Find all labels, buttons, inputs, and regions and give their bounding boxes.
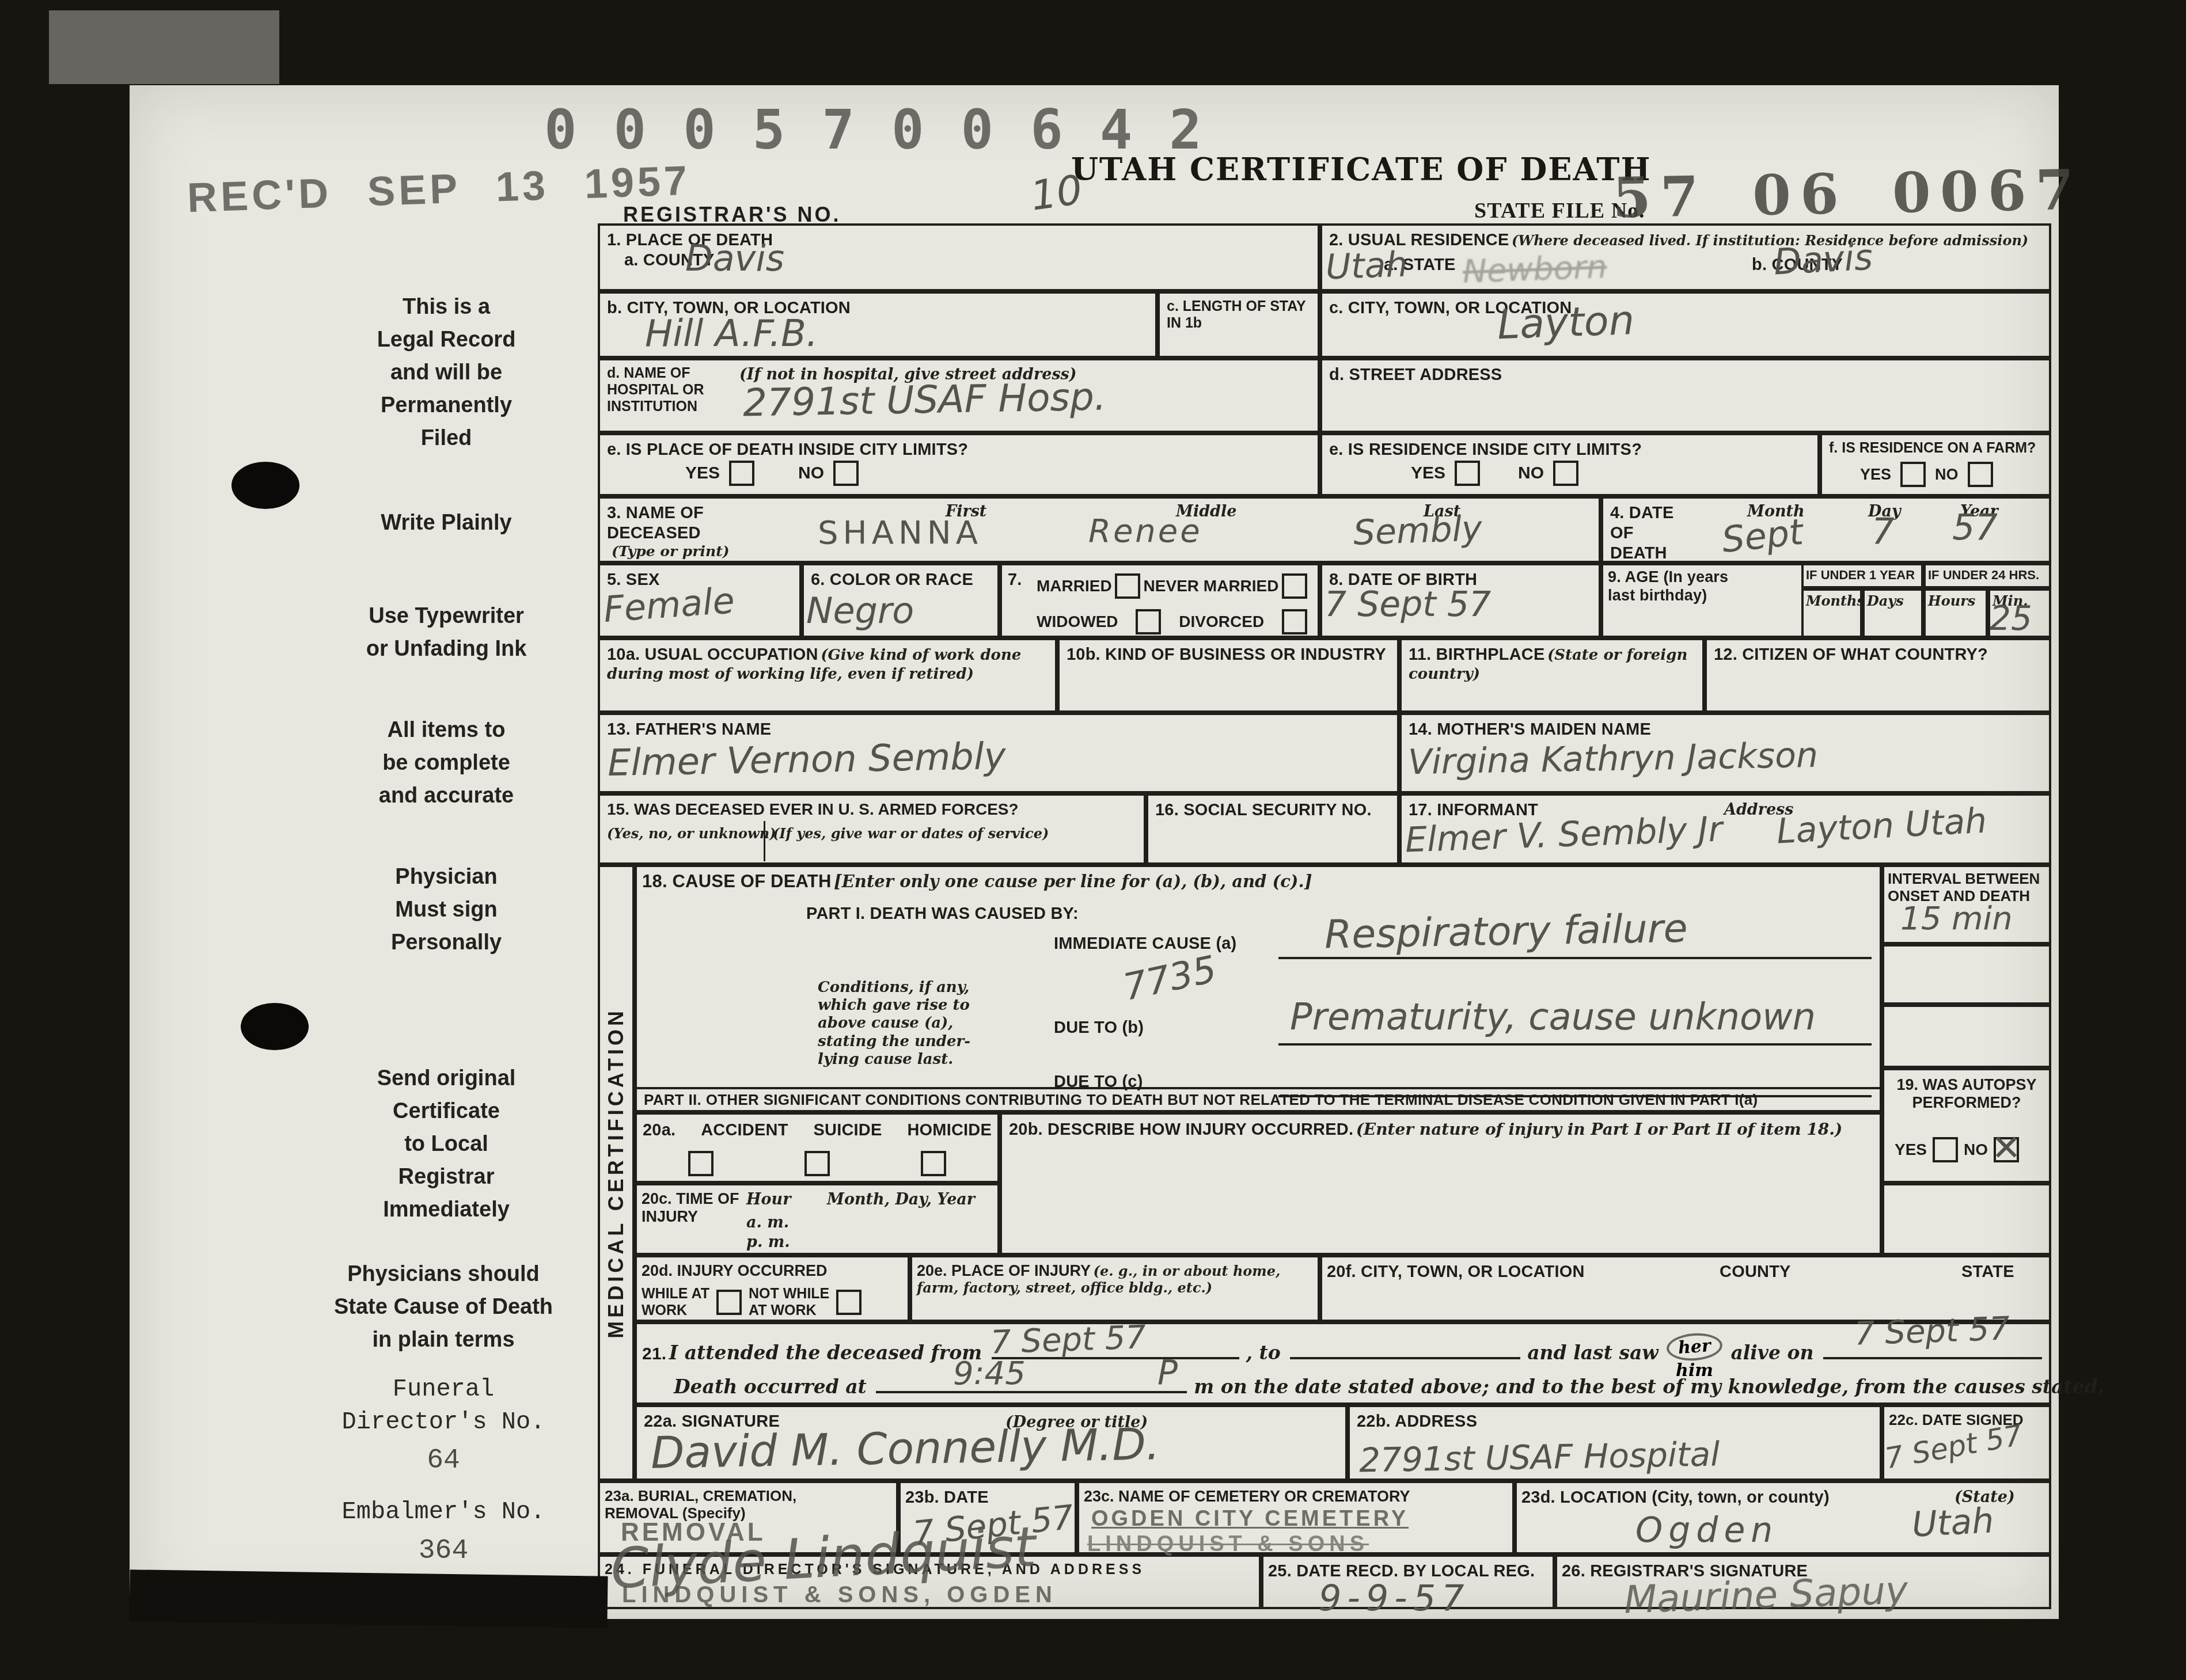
alive-on-text: alive on	[1730, 1341, 1813, 1364]
residence-city-limits-label: e. IS RESIDENCE INSIDE CITY LIMITS?	[1329, 440, 1811, 460]
describe-injury-note: (Enter nature of injury in Part I or Par…	[1356, 1120, 1843, 1139]
no-label: NO	[1964, 1141, 1988, 1159]
yes-label: YES	[685, 463, 720, 483]
registrar-no-value: 10	[1029, 169, 1085, 216]
medical-certification-strip: MEDICAL CERTIFICATION	[598, 865, 635, 1481]
homicide-label: HOMICIDE	[907, 1120, 992, 1141]
residence-city-limits-no-checkbox	[1553, 461, 1578, 486]
attended-to-slot	[1290, 1340, 1520, 1359]
death-month-value: Sept	[1720, 514, 1805, 558]
due-to-b-value: Prematurity, cause unknown	[1290, 999, 1816, 1036]
physician-signature-value: David M. Connelly M.D.	[650, 1422, 1160, 1474]
months-label: Months	[1806, 592, 1865, 609]
item20a-number: 20a.	[643, 1120, 675, 1141]
injury-county-label: COUNTY	[1720, 1262, 1791, 1282]
death-day-value: 7	[1872, 514, 1894, 549]
scanned-death-certificate: 0005700642 REC'D SEP 13 1957 REGISTRAR'S…	[0, 0, 2186, 1680]
accident-checkbox	[688, 1151, 714, 1176]
alive-on-value: 7 Sept 57	[1854, 1313, 2010, 1350]
describe-injury-label: 20b. DESCRIBE HOW INJURY OCCURRED.	[1009, 1120, 1353, 1139]
field-residence-city: c. CITY, TOWN, OR LOCATION	[1320, 291, 2051, 358]
deceased-name-note: (Type or print)	[612, 542, 730, 560]
never-married-label: NEVER MARRIED	[1144, 577, 1279, 595]
not-while-at-work-label: NOT WHILE AT WORK	[749, 1286, 829, 1319]
homicide-checkbox	[921, 1151, 946, 1176]
hour-label: Hour	[746, 1190, 791, 1210]
race-value: Negro	[806, 593, 914, 629]
interval-empty-cell-1	[1882, 944, 2051, 1005]
under24-label: IF UNDER 24 HRS.	[1928, 568, 2039, 582]
residence-state-crossed-out: Newborn	[1462, 251, 1607, 288]
citizen-label: 12. CITIZEN OF WHAT COUNTRY?	[1714, 645, 2042, 665]
last-saw-text: and last saw	[1527, 1341, 1659, 1364]
conditions-note: Conditions, if any, which gave rise to a…	[818, 979, 970, 1069]
suicide-label: SUICIDE	[813, 1120, 882, 1141]
field-ssn: 16. SOCIAL SECURITY NO.	[1146, 793, 1399, 865]
birthplace-label: 11. BIRTHPLACE	[1409, 645, 1544, 664]
death-city-limits-options: YES NO	[685, 461, 859, 486]
cemetery-state-value: Utah	[1911, 1503, 1995, 1542]
place-city-value: Hill A.F.B.	[645, 316, 818, 352]
no-label: NO	[1935, 466, 1959, 484]
field-describe-injury: 20b. DESCRIBE HOW INJURY OCCURRED. (Ente…	[1000, 1112, 1882, 1255]
margin-write-plainly: Write Plainly	[285, 507, 608, 539]
autopsy-no-mark: ✕	[1991, 1130, 2021, 1166]
death-city-limits-yes-checkbox	[729, 461, 754, 486]
divorced-label: DIVORCED	[1179, 613, 1264, 631]
date-received-value: 9-9-57	[1319, 1580, 1470, 1616]
residence-county-value: Davis	[1773, 240, 1873, 280]
margin-plain-terms: Physicians should State Cause of Death i…	[248, 1258, 639, 1356]
field-injury-occurred: 20d. INJURY OCCURRED WHILE AT WORK NOT W…	[635, 1255, 910, 1322]
accident-label: ACCIDENT	[701, 1120, 788, 1141]
married-label: MARRIED	[1037, 577, 1112, 595]
residence-farm-options: YES NO	[1860, 462, 1993, 487]
occupation-label: 10a. USUAL OCCUPATION	[607, 645, 818, 664]
informant-name-value: Elmer V. Sembly Jr	[1405, 812, 1723, 857]
registrar-signature-value: Maurine Sapuy	[1623, 1571, 1908, 1619]
hours-label: Hours	[1928, 592, 1975, 609]
interval-empty-cell-3	[1882, 1183, 2051, 1255]
yes-label: YES	[1411, 463, 1445, 483]
yes-label: YES	[1860, 466, 1891, 484]
residence-city-limits-yes-checkbox	[1455, 461, 1480, 486]
margin-embalmer-value: 364	[265, 1533, 622, 1570]
part2-label: PART II. OTHER SIGNIFICANT CONDITIONS CO…	[644, 1091, 1758, 1108]
death-city-limits-label: e. IS PLACE OF DEATH INSIDE CITY LIMITS?	[607, 440, 1311, 460]
autopsy-no-checkbox: ✕	[1994, 1137, 2019, 1162]
while-at-work-checkbox	[716, 1290, 742, 1315]
cemetery-name-label: 23c. NAME OF CEMETERY OR CREMATORY	[1084, 1488, 1410, 1505]
punch-hole-top	[231, 462, 299, 509]
attended-from-text: I attended the deceased from	[669, 1341, 982, 1364]
mother-name-value: Virgina Kathryn Jackson	[1408, 738, 1819, 780]
field-birthplace: 11. BIRTHPLACE (State or foreign country…	[1399, 638, 1705, 713]
physician-address-label: 22b. ADDRESS	[1357, 1412, 1477, 1431]
deceased-middle-name: Renee	[1088, 515, 1202, 548]
marital-number-label: 7.	[1008, 570, 1022, 590]
interval-label: INTERVAL BETWEEN ONSET AND DEATH	[1888, 870, 2040, 904]
field-time-of-injury: 20c. TIME OF INJURY Hour a. m. p. m. Mon…	[635, 1183, 1000, 1255]
medical-certification-label: MEDICAL CERTIFICATION	[604, 1008, 628, 1339]
armed-forces-note2: (If yes, give war or dates of service)	[773, 826, 1049, 842]
margin-typewriter: Use Typewriter or Unfading Ink	[285, 600, 608, 666]
street-address-label: d. STREET ADDRESS	[1329, 365, 2042, 385]
father-name-value: Elmer Vernon Sembly	[607, 738, 1006, 782]
burial-type-label: 23a. BURIAL, CREMATION, REMOVAL (Specify…	[605, 1487, 796, 1522]
paper-tear-shadow	[129, 1569, 608, 1628]
death-ampm-value: P	[1157, 1356, 1178, 1389]
residence-city-label: c. CITY, TOWN, OR LOCATION	[1329, 298, 2042, 318]
widowed-checkbox	[1136, 609, 1161, 634]
residence-farm-label: f. IS RESIDENCE ON A FARM?	[1829, 440, 2042, 457]
age-months-cell: Months	[1801, 588, 1862, 638]
burial-date-label: 23b. DATE	[905, 1488, 989, 1507]
margin-send-original: Send original Certificate to Local Regis…	[285, 1062, 608, 1226]
immediate-cause-value: Respiratory failure	[1324, 910, 1688, 955]
margin-funeral-no-label: Funeral Director's No.	[265, 1373, 622, 1438]
item21-number: 21.	[642, 1344, 666, 1363]
interval-empty-cell-2	[1882, 1005, 2051, 1068]
hospital-value: 2791st USAF Hosp.	[742, 378, 1106, 423]
physician-address-value: 2791st USAF Hospital	[1359, 1438, 1720, 1477]
death-time-value: 9:45	[953, 1358, 1026, 1390]
injury-state-label: STATE	[1961, 1262, 2014, 1282]
part2-row: PART II. OTHER SIGNIFICANT CONDITIONS CO…	[635, 1087, 1882, 1112]
death-city-limits-no-checkbox	[833, 461, 859, 486]
cemetery-location-label: 23d. LOCATION (City, town, or county)	[1521, 1488, 1830, 1507]
residence-farm-yes-checkbox	[1900, 462, 1926, 487]
divorced-checkbox	[1282, 609, 1307, 634]
under1-label: IF UNDER 1 YEAR	[1806, 568, 1915, 582]
age-min-value: 25	[1990, 602, 2032, 635]
attended-from-value: 7 Sept 57	[990, 1321, 1147, 1359]
deceased-name-label: 3. NAME OF DECEASED	[607, 503, 745, 543]
part1-label: PART I. DEATH WAS CAUSED BY:	[806, 904, 1079, 924]
field-place-of-injury: 20e. PLACE OF INJURY (e. g., in or about…	[910, 1255, 1320, 1322]
residence-city-limits-options: YES NO	[1411, 461, 1578, 486]
interval-value: 15 min	[1900, 903, 2013, 935]
margin-complete: All items to be complete and accurate	[285, 714, 608, 812]
time-of-injury-label: 20c. TIME OF INJURY	[642, 1190, 739, 1226]
age-hours-cell: Hours	[1923, 588, 1988, 638]
field-industry: 10b. KIND OF BUSINESS OR INDUSTRY	[1057, 638, 1399, 713]
field-marital-status: 7. MARRIED NEVER MARRIED WIDOWED DIVORCE…	[1000, 563, 1320, 638]
margin-embalmer-label: Embalmer's No.	[265, 1496, 622, 1529]
autopsy-label: 19. WAS AUTOPSY PERFORMED?	[1890, 1076, 2043, 1112]
death-occurred-text: Death occurred at	[674, 1375, 867, 1398]
due-to-b-label: DUE TO (b)	[1054, 1018, 1144, 1038]
residence-city-value: Layton	[1497, 300, 1635, 345]
no-label: NO	[798, 463, 824, 483]
field-autopsy: 19. WAS AUTOPSY PERFORMED?	[1882, 1068, 2051, 1183]
ssn-label: 16. SOCIAL SECURITY NO.	[1155, 800, 1390, 820]
date-of-death-label: 4. DATE OF DEATH	[1610, 503, 1697, 563]
margin-legal-record: This is a Legal Record and will be Perma…	[285, 291, 608, 455]
suicide-checkbox	[804, 1151, 830, 1176]
age-under1-header: IF UNDER 1 YEAR	[1801, 563, 1923, 588]
month-day-year-label: Month, Day, Year	[827, 1190, 975, 1210]
yes-label: YES	[1895, 1141, 1927, 1159]
causes-stated-text: m on the date stated above; and to the b…	[1194, 1375, 2104, 1398]
while-at-work-label: WHILE AT WORK	[642, 1286, 709, 1319]
never-married-checkbox	[1282, 573, 1307, 599]
to-text: , to	[1246, 1341, 1281, 1364]
am-pm-label: a. m. p. m.	[746, 1213, 790, 1252]
cemetery-stamp: OGDEN CITY CEMETERY	[1091, 1507, 1409, 1531]
sex-value: Female	[602, 583, 735, 628]
margin-physician-sign: Physician Must sign Personally	[285, 861, 608, 959]
cemetery-crossed-stamp: LINDQUIST & SONS	[1087, 1533, 1369, 1557]
residence-farm-no-checkbox	[1968, 462, 1993, 487]
death-year-value: 57	[1952, 510, 1998, 545]
no-label: NO	[1518, 463, 1544, 483]
place-of-injury-label: 20e. PLACE OF INJURY	[917, 1262, 1091, 1279]
serial-number-stamp: 0005700642	[544, 99, 1239, 162]
field-armed-forces: 15. WAS DECEASED EVER IN U. S. ARMED FOR…	[598, 793, 1146, 865]
age-days-cell: Days	[1862, 588, 1923, 638]
cause-of-death-bracket-note: [Enter only one cause per line for (a), …	[834, 872, 1312, 891]
due-to-c-label: DUE TO (c)	[1054, 1072, 1143, 1092]
race-label: 6. COLOR OR RACE	[811, 570, 990, 590]
age-label: 9. AGE (In years last birthday)	[1608, 568, 1728, 604]
field-occupation: 10a. USUAL OCCUPATION (Give kind of work…	[598, 638, 1057, 713]
residence-state-value: Utah	[1325, 248, 1408, 285]
not-while-at-work-checkbox	[836, 1290, 862, 1315]
armed-forces-label: 15. WAS DECEASED EVER IN U. S. ARMED FOR…	[607, 800, 1137, 819]
scanner-artifact	[49, 10, 279, 84]
married-checkbox	[1115, 573, 1140, 599]
birth-date-value: 7 Sept 57	[1324, 587, 1491, 622]
field-citizen: 12. CITIZEN OF WHAT COUNTRY?	[1705, 638, 2051, 713]
armed-forces-note1: (Yes, no, or unknown)	[607, 826, 776, 842]
field-usual-residence: 2. USUAL RESIDENCE (Where deceased lived…	[1320, 223, 2051, 291]
cemetery-city-value: Ogden	[1635, 1513, 1778, 1548]
deceased-last-name: Sembly	[1353, 511, 1483, 550]
injury-city-label: 20f. CITY, TOWN, OR LOCATION	[1327, 1263, 1585, 1281]
field-accident-suicide-homicide: 20a. ACCIDENT SUICIDE HOMICIDE	[635, 1112, 1000, 1183]
place-county-value: Davis	[685, 241, 784, 276]
days-label: Days	[1867, 592, 1904, 609]
field-street-address: d. STREET ADDRESS	[1320, 358, 2051, 433]
state-file-value: 57 06 0067	[1612, 157, 2083, 230]
death-time-slot	[876, 1374, 1187, 1393]
her-option-circled: her	[1666, 1332, 1724, 1363]
widowed-label: WIDOWED	[1037, 613, 1118, 631]
punch-hole-bottom	[241, 1003, 309, 1050]
margin-funeral-no-value: 64	[265, 1442, 622, 1480]
deceased-first-name: SHANNA	[818, 517, 982, 549]
injury-occurred-label: 20d. INJURY OCCURRED	[642, 1262, 903, 1280]
informant-address-value: Layton Utah	[1776, 803, 1988, 849]
registrar-no-label: REGISTRAR'S NO.	[623, 203, 841, 227]
industry-label: 10b. KIND OF BUSINESS OR INDUSTRY	[1067, 645, 1390, 665]
cause-of-death-label: 18. CAUSE OF DEATH	[642, 871, 832, 891]
age-under24-header: IF UNDER 24 HRS.	[1923, 563, 2051, 588]
usual-residence-note: (Where deceased lived. If institution: R…	[1512, 232, 2028, 249]
length-of-stay-label: c. LENGTH OF STAY IN 1b	[1167, 298, 1311, 332]
autopsy-options: YES NO ✕	[1895, 1137, 2019, 1162]
autopsy-yes-checkbox	[1933, 1137, 1958, 1162]
field-length-of-stay: c. LENGTH OF STAY IN 1b	[1157, 291, 1320, 358]
hospital-label: d. NAME OF HOSPITAL OR INSTITUTION	[607, 365, 739, 415]
